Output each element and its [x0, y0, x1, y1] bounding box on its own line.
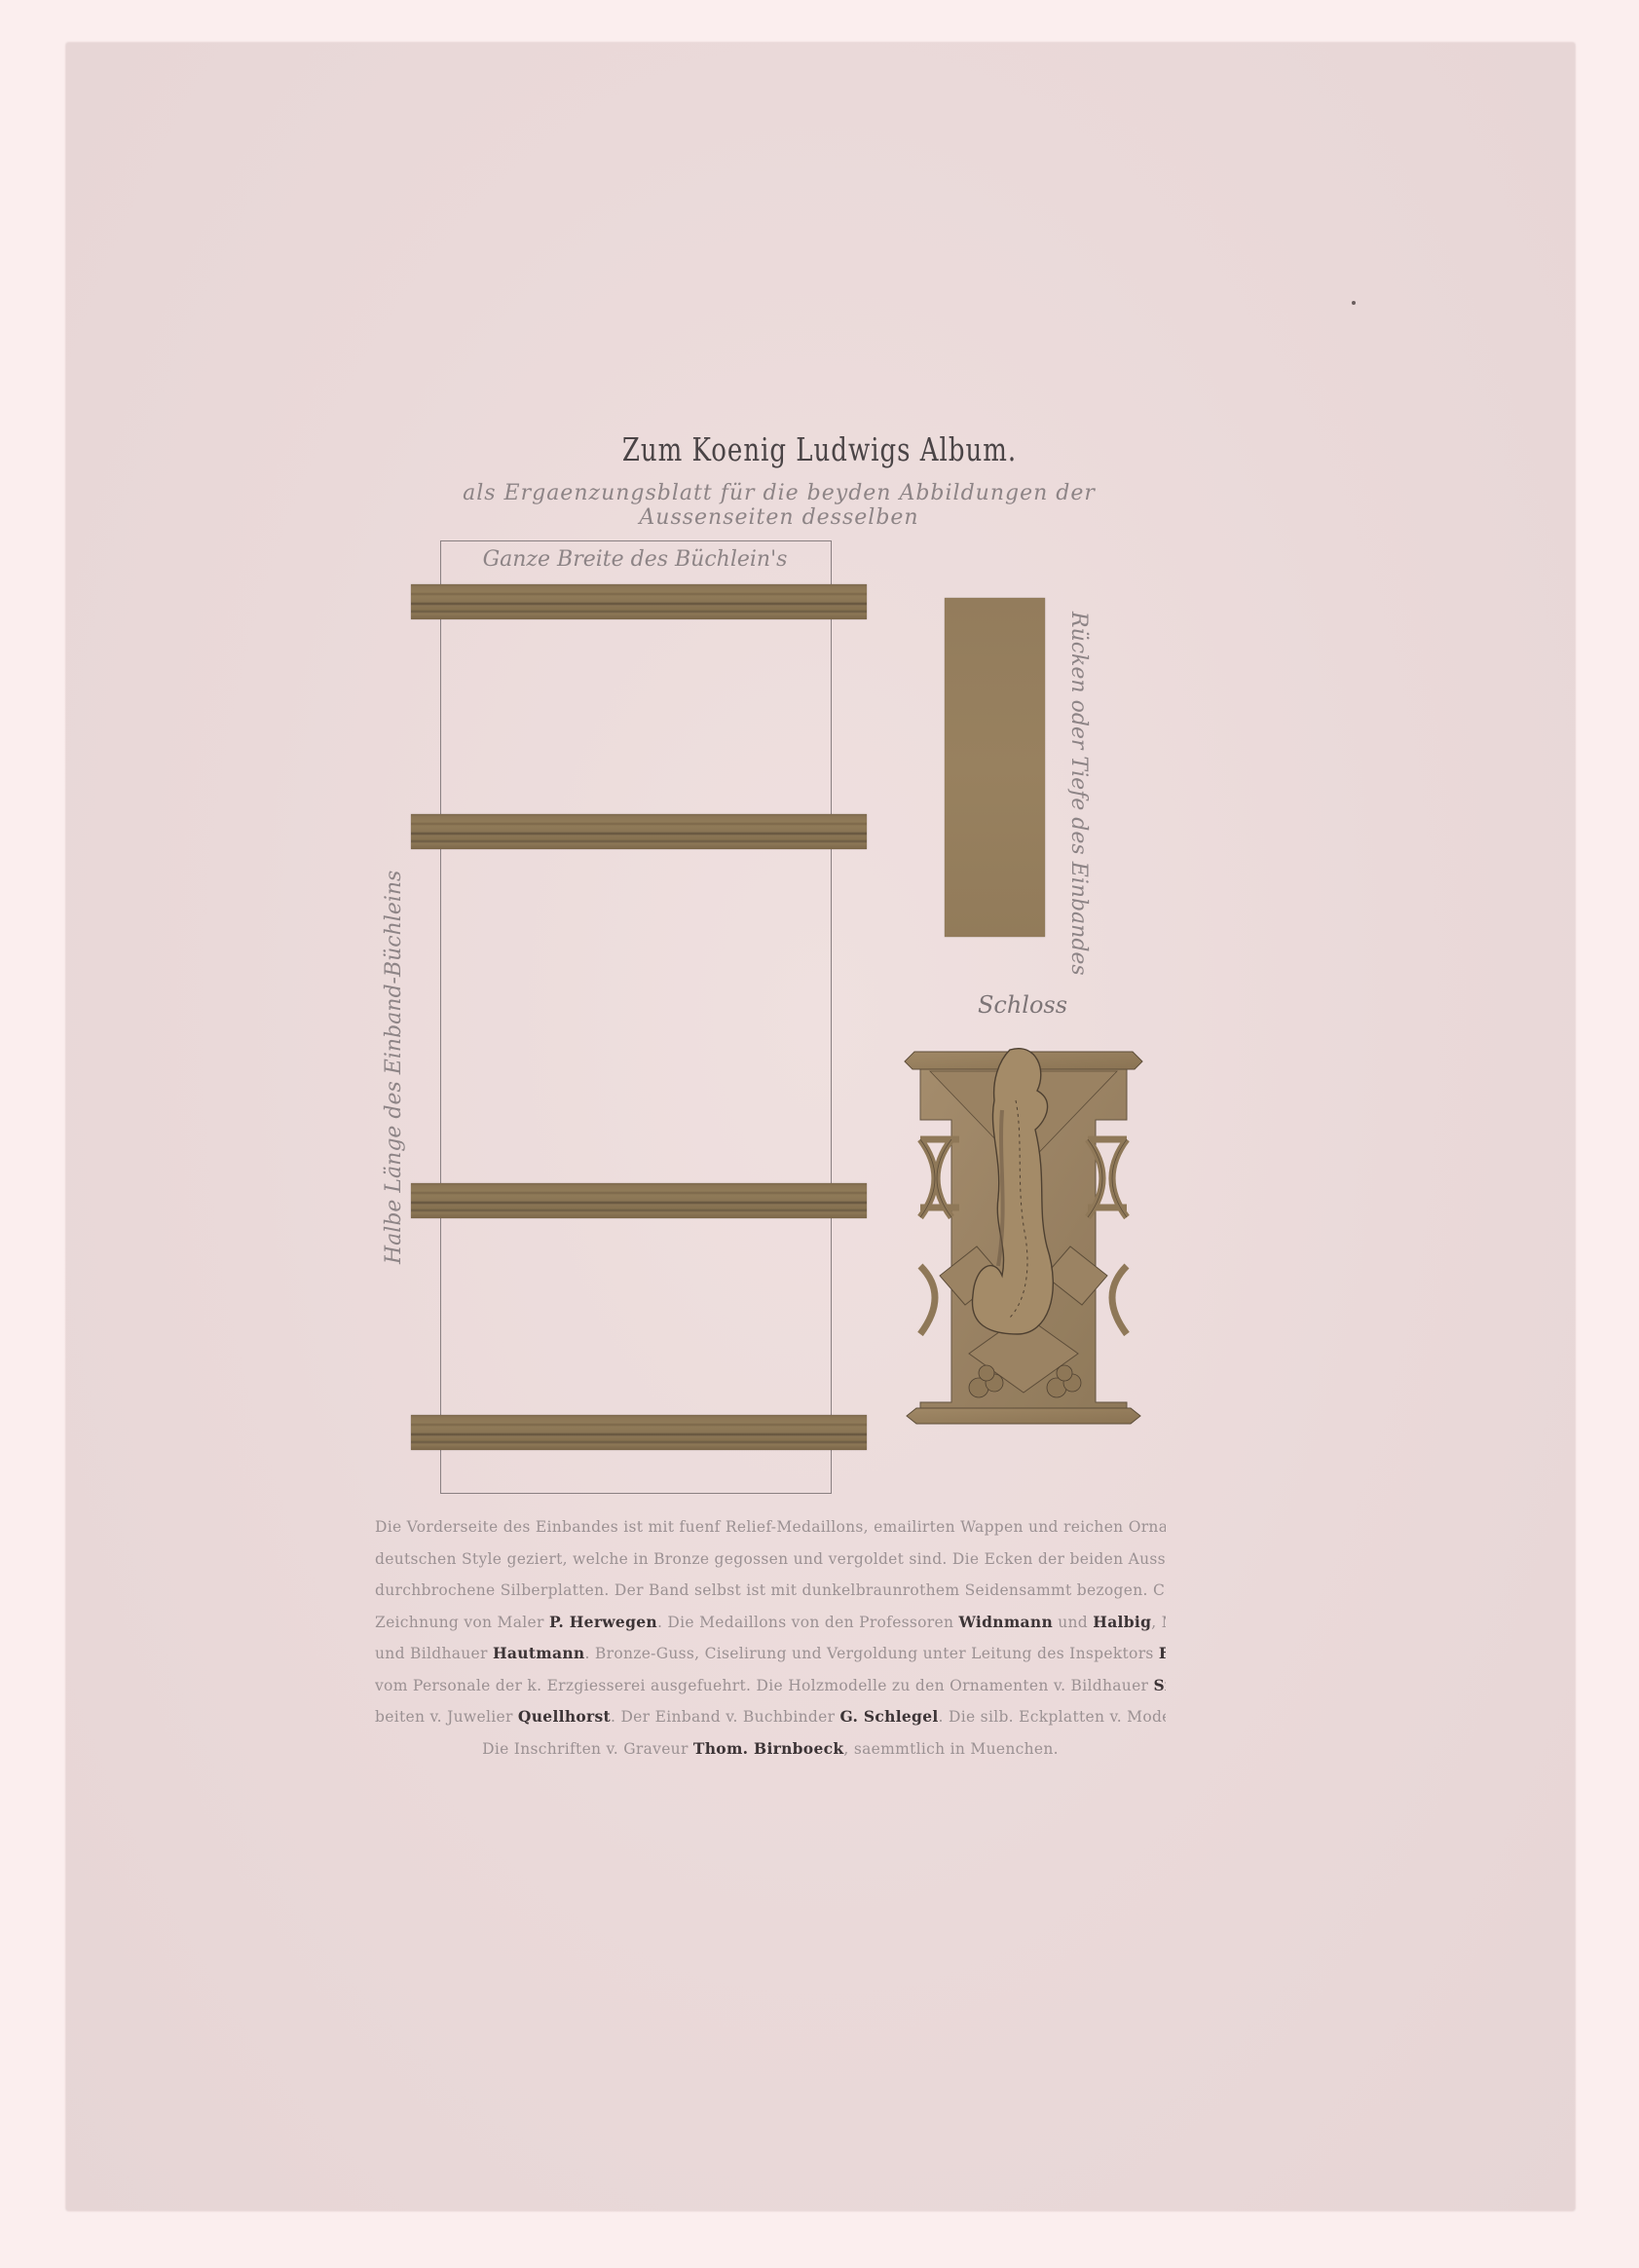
credited-name: P. Herwegen — [549, 1613, 657, 1631]
width-dimension-label: Ganze Breite des Büchlein's — [440, 547, 830, 572]
spine-dimension-label: Rücken oder Tiefe des Einbandes — [1066, 612, 1091, 976]
height-dimension-label: Halbe Länge des Einband-Büchleins — [382, 871, 406, 1264]
notes-line: deutschen Style geziert, welche in Bronz… — [375, 1543, 1166, 1576]
notes-text: , saemmtlich in Muenchen. — [843, 1740, 1058, 1758]
notes-text: vom Personale der k. Erzgiesserei ausgef… — [375, 1677, 1154, 1694]
credited-name: G. Schlegel — [840, 1707, 939, 1726]
notes-text: beiten v. Juwelier — [375, 1708, 518, 1726]
notes-line: beiten v. Juwelier Quellhorst. Der Einba… — [375, 1701, 1166, 1733]
lock-label: Schloss — [954, 991, 1091, 1019]
notes-line: vom Personale der k. Erzgiesserei ausgef… — [375, 1670, 1166, 1702]
notes-text: Zeichnung von Maler — [375, 1614, 549, 1631]
notes-text: Die Inschriften v. Graveur — [482, 1740, 693, 1758]
notes-text: . Der Einband v. Buchbinder — [611, 1708, 840, 1726]
bronze-edge-bar-2 — [411, 814, 867, 849]
notes-text: und — [1053, 1614, 1093, 1631]
notes-text: . Bronze-Guss, Ciselirung und Vergoldung… — [584, 1645, 1158, 1662]
notes-text: , Maler — [1151, 1614, 1166, 1631]
credited-name: F. v. Miller — [1159, 1644, 1166, 1662]
notes-text: Die Vorderseite des Einbandes ist mit fu… — [375, 1518, 1166, 1536]
credited-name: Thom. Birnboeck — [693, 1739, 843, 1758]
notes-text: deutschen Style geziert, welche in Bronz… — [375, 1550, 1166, 1568]
bronze-edge-bar-3 — [411, 1183, 867, 1218]
notes-text: und Bildhauer — [375, 1645, 493, 1662]
notes-line: durchbrochene Silberplatten. Der Band se… — [375, 1575, 1166, 1607]
credited-name: Quellhorst — [518, 1707, 611, 1726]
page-subtitle: als Ergaenzungsblatt für die beyden Abbi… — [399, 481, 1159, 530]
notes-line: Zeichnung von Maler P. Herwegen. Die Med… — [375, 1607, 1166, 1639]
bronze-edge-bar-4 — [411, 1415, 867, 1450]
notes-line: Die Inschriften v. Graveur Thom. Birnboe… — [375, 1733, 1166, 1766]
notes-line: Die Vorderseite des Einbandes ist mit fu… — [375, 1511, 1166, 1543]
page-title: Zum Koenig Ludwigs Album. — [0, 432, 1639, 469]
credited-name: Widnmann — [959, 1613, 1054, 1631]
ornate-gothic-lock-with-dragon-icon — [901, 1042, 1146, 1436]
notes-text: . Die Medaillons von den Professoren — [657, 1614, 959, 1631]
book-outline-frame — [440, 540, 832, 1494]
notes-paragraph: Die Vorderseite des Einbandes ist mit fu… — [375, 1511, 1166, 1765]
credited-name: Sickinger — [1154, 1676, 1167, 1694]
notes-text: durchbrochene Silberplatten. Der Band se… — [375, 1581, 1166, 1599]
notes-text: . Die silb. Eckplatten v. Modelleur — [939, 1708, 1166, 1726]
paper-speck — [1352, 301, 1356, 305]
notes-line: und Bildhauer Hautmann. Bronze-Guss, Cis… — [375, 1638, 1166, 1670]
credited-name: Hautmann — [493, 1644, 585, 1662]
credited-name: Halbig — [1093, 1613, 1151, 1631]
bronze-edge-bar-1 — [411, 584, 867, 619]
spine-depth-block — [945, 598, 1045, 937]
